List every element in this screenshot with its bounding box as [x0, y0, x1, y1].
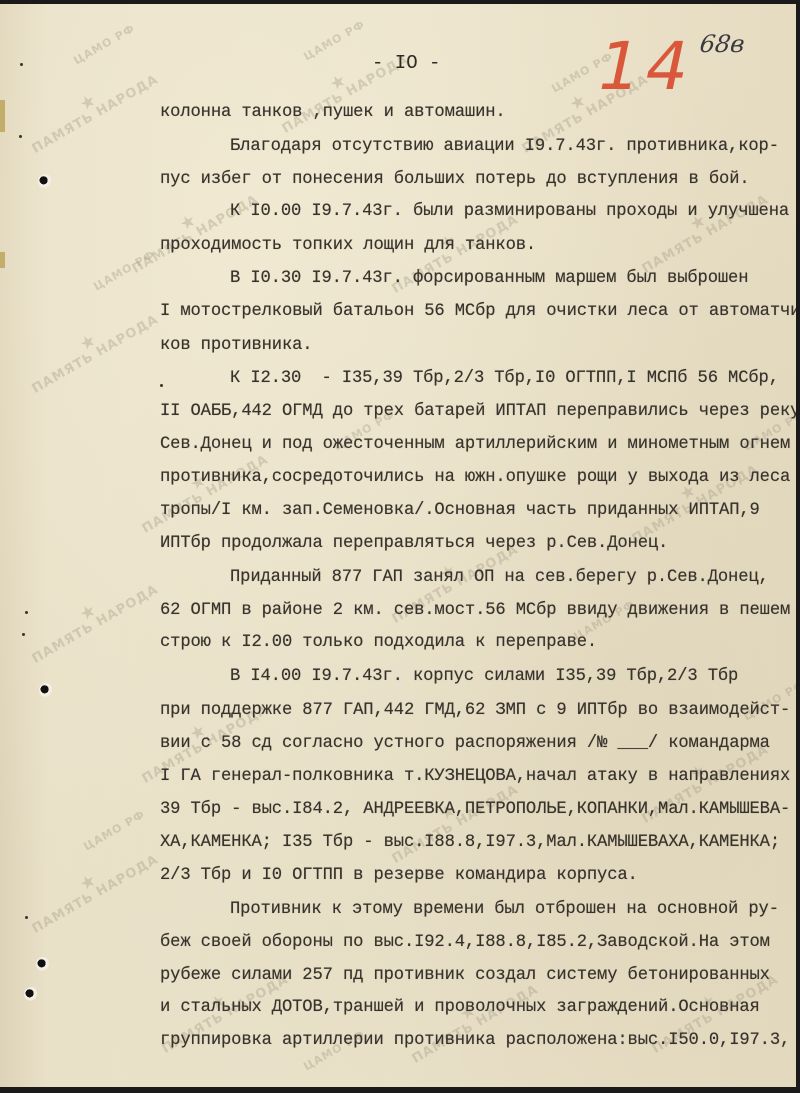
text-line: тропы/I км. зап.Семеновка/.Основная част…	[160, 501, 760, 520]
watermark-logo: ★ПАМЯТЬ НАРОДА	[23, 840, 161, 936]
text-line: беж своей обороны по выс.I92.4,I88.8,I85…	[160, 933, 770, 952]
text-line: В I4.00 I9.7.43г. корпус силами I35,39 Т…	[230, 667, 738, 686]
text-line: проходимость топких лощин для танков.	[160, 236, 536, 255]
speck	[22, 633, 25, 636]
text-line: ков противника.	[160, 336, 312, 355]
text-line: II ОАББ,442 ОГМД до трех батарей ИПТАП п…	[160, 402, 796, 421]
page-number: - IO -	[372, 52, 440, 74]
text-line: 62 ОГМП в районе 2 км. сев.мост.56 МСбр …	[160, 601, 790, 620]
speck	[25, 916, 28, 919]
text-line: Приданный 877 ГАП занял ОП на сев.берегу…	[230, 568, 769, 587]
text-line: 39 Тбр - выс.I84.2, АНДРЕЕВКА,ПЕТРОПОЛЬЕ…	[160, 800, 790, 819]
text-line: I мотострелковый батальон 56 МСбр для оч…	[160, 302, 796, 321]
binding-hole	[36, 957, 50, 971]
text-line: К I0.00 I9.7.43г. были разминированы про…	[230, 202, 789, 221]
binding-hole	[24, 987, 38, 1001]
speck	[25, 611, 28, 614]
text-line: ИПТбр продолжала переправляться через р.…	[160, 534, 668, 553]
text-line: В I0.30 I9.7.43г. форсированным маршем б…	[230, 269, 748, 288]
text-line: I ГА генерал-полковника т.КУЗНЕЦОВА,нача…	[160, 767, 790, 786]
folio-number-handwritten: 68в	[698, 30, 746, 58]
text-line: и стальных ДОТОВ,траншей и проволочных з…	[160, 998, 760, 1017]
watermark-logo: ★ПАМЯТЬ НАРОДА	[623, 450, 761, 546]
watermark: ЦАМО РФ	[91, 248, 157, 294]
text-line: Противник к этому времени был отброшен н…	[230, 900, 779, 919]
text-line: Благодаря отсутствию авиации I9.7.43г. п…	[230, 137, 779, 156]
watermark-logo: ★ПАМЯТЬ НАРОДА	[123, 180, 261, 276]
text-line: вии с 58 сд согласно устного распоряжени…	[160, 734, 770, 753]
edge-stain	[0, 100, 5, 132]
text-line: 2/3 Тбр и I0 ОГТПП в резерве командира к…	[160, 866, 638, 885]
watermark-logo: ★ПАМЯТЬ НАРОДА	[133, 440, 271, 536]
binding-hole	[39, 683, 53, 697]
watermark-logo: ★ПАМЯТЬ НАРОДА	[633, 180, 771, 276]
watermark-logo: ★ПАМЯТЬ НАРОДА	[23, 60, 161, 156]
edge-stain	[0, 252, 5, 268]
text-line: пус избег от понесения больших потерь до…	[160, 170, 750, 189]
folio-number-red: 14	[591, 34, 701, 100]
speck	[19, 135, 22, 138]
watermark-logo: ★ПАМЯТЬ НАРОДА	[23, 570, 161, 666]
speck	[160, 384, 163, 387]
watermark-logo: ★ПАМЯТЬ НАРОДА	[23, 300, 161, 396]
text-line: ХА,КАМЕНКА; I35 Тбр - выс.I88.8,I97.3,Ма…	[160, 833, 780, 852]
watermark: ЦАМО РФ	[301, 18, 367, 64]
binding-hole	[38, 174, 52, 188]
text-line: группировка артиллерии противника распол…	[160, 1031, 790, 1050]
text-line: рубеже силами 257 пд противник создал си…	[160, 966, 770, 985]
text-line: Сев.Донец и под ожесточенным артиллерийс…	[160, 435, 790, 454]
text-line: строю к I2.00 только подходила к перепра…	[160, 633, 597, 652]
watermark: ЦАМО РФ	[81, 808, 147, 854]
speck	[20, 63, 23, 66]
document-page: ЦАМО РФ ЦАМО РФ ЦАМО РФ ЦАМО РФ ЦАМО РФ …	[0, 4, 796, 1087]
text-line: К I2.30 - I35,39 Тбр,2/3 Тбр,I0 ОГТПП,I …	[230, 369, 779, 388]
text-line: при поддержке 877 ГАП,442 ГМД,62 ЗМП с 9…	[160, 701, 790, 720]
text-line: колонна танков ,пушек и автомашин.	[160, 103, 506, 122]
watermark: ЦАМО РФ	[71, 22, 137, 68]
text-line: противника,сосредоточились на южн.опушке…	[160, 468, 790, 487]
